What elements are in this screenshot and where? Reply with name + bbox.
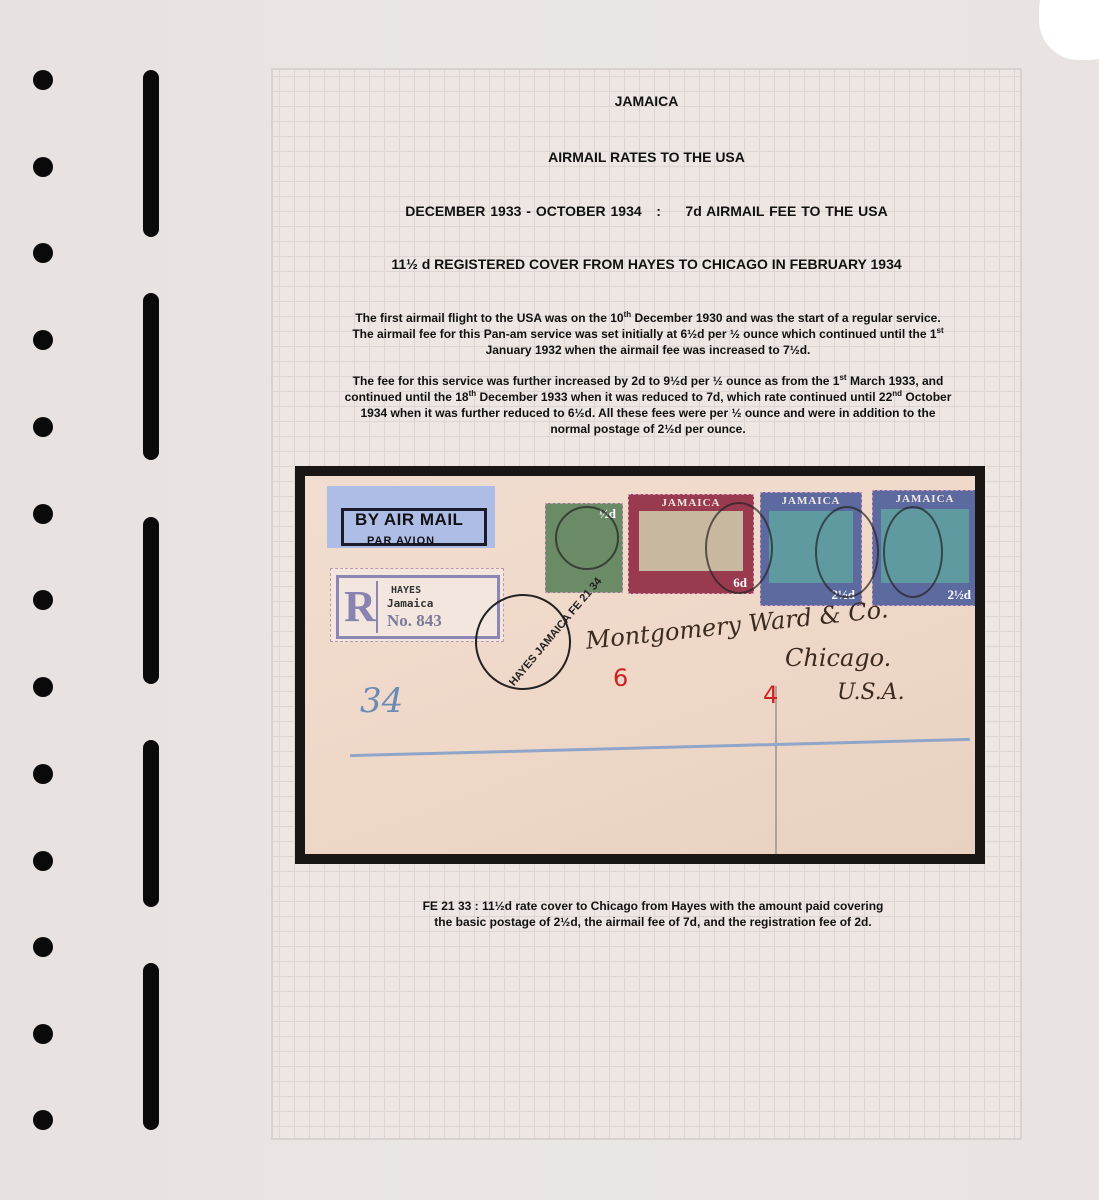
history-paragraph-1: The first airmail flight to the USA was … (313, 310, 983, 358)
binder-hole (33, 1110, 53, 1130)
section-title: AIRMAIL RATES TO THE USA (273, 149, 1020, 165)
binder-hole (33, 1024, 53, 1044)
paragraph-line: The fee for this service was further inc… (313, 373, 983, 389)
history-paragraph-2: The fee for this service was further inc… (313, 373, 983, 437)
binder-hole (33, 504, 53, 524)
airmail-etiquette: BY AIR MAIL PAR AVION (327, 486, 495, 548)
registered-airmail-cover: BY AIR MAIL PAR AVION R HAYES Jamaica No… (305, 476, 975, 854)
registration-r-letter: R (344, 581, 378, 633)
binder-hole (33, 157, 53, 177)
registration-office: HAYES (391, 585, 421, 596)
par-avion-text: PAR AVION (367, 535, 435, 547)
binder-slot (143, 963, 159, 1130)
binder-slot (143, 740, 159, 907)
binder-slot (143, 293, 159, 460)
binder-hole (33, 70, 53, 90)
paragraph-line: continued until the 18th December 1933 w… (313, 389, 983, 405)
paragraph-line: The airmail fee for this Pan-am service … (313, 326, 983, 342)
stamp-value: 2½d (948, 587, 971, 603)
binder-hole (33, 677, 53, 697)
paragraph-line: 1934 when it was further reduced to 6½d.… (313, 405, 983, 421)
binder-hole (33, 330, 53, 350)
registration-number: No. 843 (387, 611, 442, 631)
binder-slot (143, 517, 159, 684)
registration-cross-line (775, 686, 777, 854)
address-line-3: U.S.A. (837, 680, 905, 705)
cover-heading: 11½ d REGISTERED COVER FROM HAYES TO CHI… (273, 256, 1020, 272)
binder-hole (33, 937, 53, 957)
postmark-ring (883, 506, 943, 598)
airmail-label-text: BY AIR MAIL (355, 510, 463, 530)
red-manuscript-mark: 6 (613, 664, 628, 692)
binder-hole (33, 590, 53, 610)
paragraph-line: The first airmail flight to the USA was … (313, 310, 983, 326)
red-manuscript-mark: 4 (763, 681, 778, 709)
registration-country: Jamaica (387, 597, 433, 610)
paragraph-line: January 1932 when the airmail fee was in… (313, 342, 983, 358)
cover-mount: BY AIR MAIL PAR AVION R HAYES Jamaica No… (295, 466, 985, 864)
period-heading: DECEMBER 1933 - OCTOBER 1934 : 7d AIRMAI… (273, 203, 1020, 219)
registration-blue-line (350, 738, 970, 757)
binder-hole (33, 764, 53, 784)
postmark-ring (815, 506, 879, 598)
binder-hole (33, 851, 53, 871)
binder-hole (33, 417, 53, 437)
stamp-country: JAMAICA (873, 493, 975, 505)
blue-manuscript-number: 34 (360, 681, 403, 721)
caption-line: FE 21 33 : 11½d rate cover to Chicago fr… (373, 898, 933, 914)
country-heading: JAMAICA (273, 93, 1020, 109)
caption-line: the basic postage of 2½d, the airmail fe… (373, 914, 933, 930)
paragraph-line: normal postage of 2½d per ounce. (313, 421, 983, 437)
binder-slot (143, 70, 159, 237)
address-line-2: Chicago. (785, 644, 891, 672)
postmark-ring (705, 502, 773, 594)
binder-hole (33, 243, 53, 263)
postmark-ring (555, 506, 619, 570)
cover-caption: FE 21 33 : 11½d rate cover to Chicago fr… (373, 898, 933, 930)
